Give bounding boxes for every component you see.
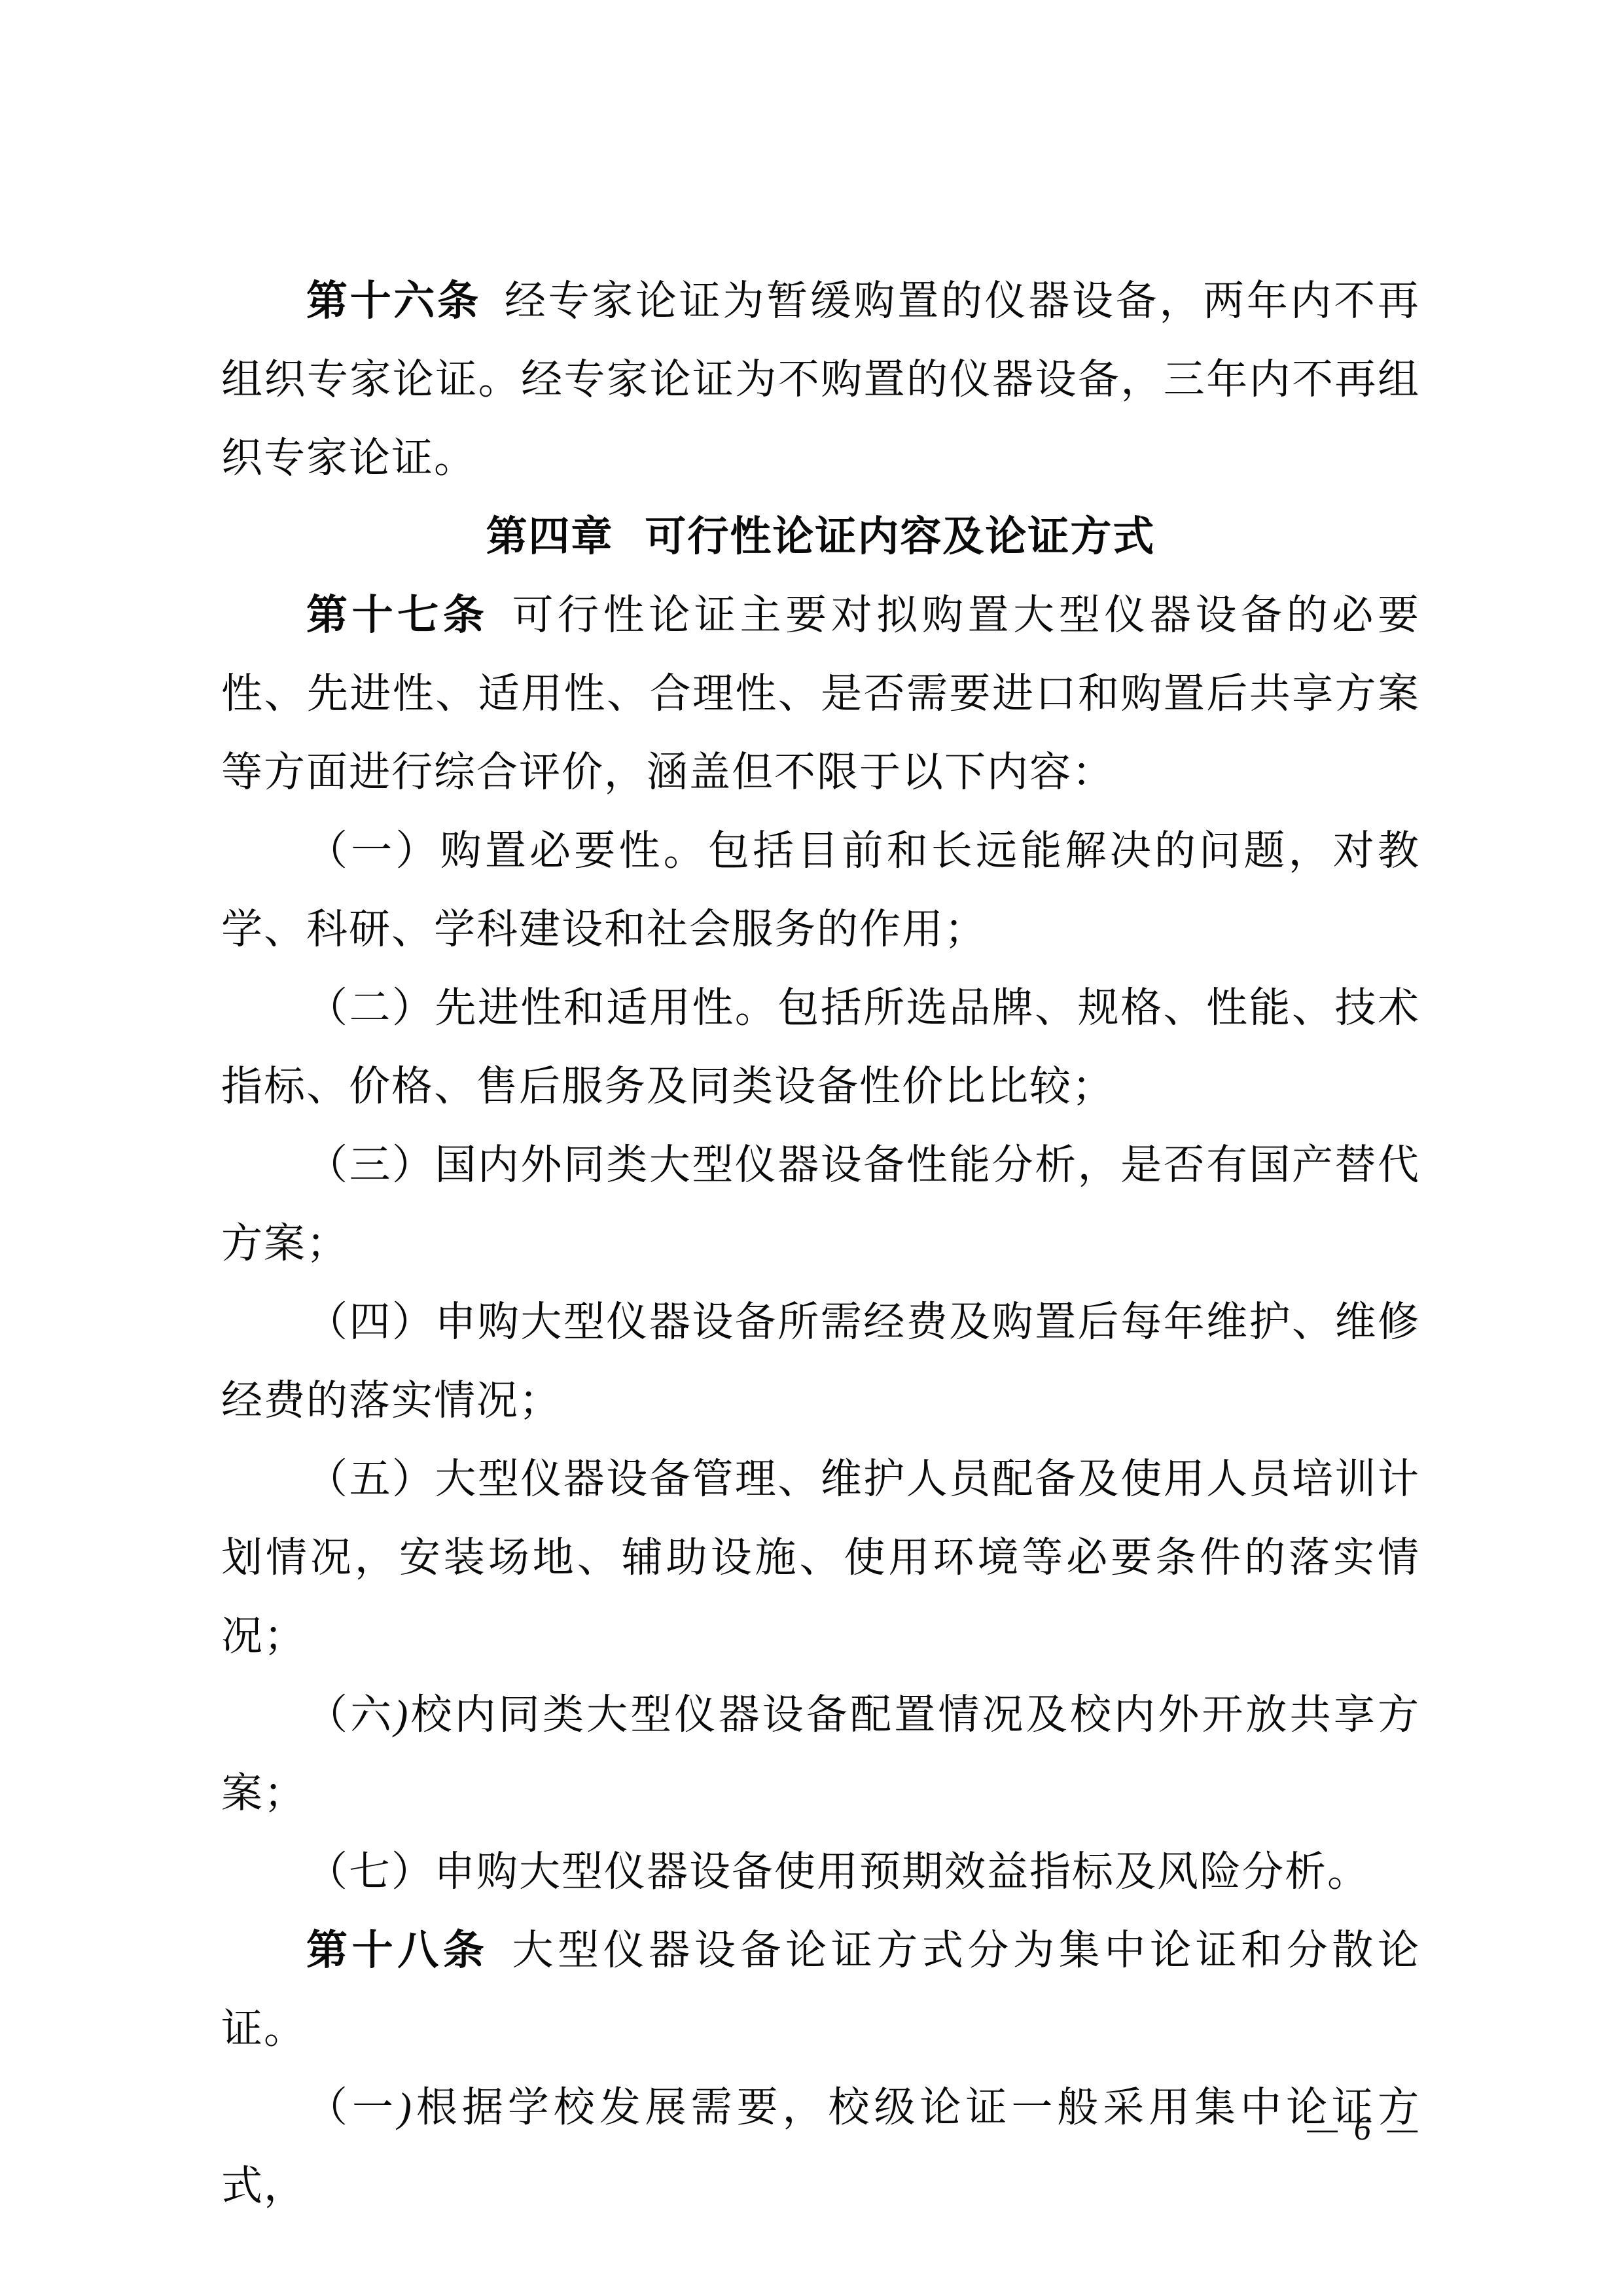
article-18-item-1: （一)根据学校发展需要，校级论证一般采用集中论证方式， [221,2068,1420,2225]
article-17-item-7: （七）申购大型仪器设备使用预期效益指标及风险分析。 [221,1833,1420,1911]
document-body: 第十六条经专家论证为暂缓购置的仪器设备，两年内不再组织专家论证。经专家论证为不购… [221,262,1420,2225]
article-17-item-4: （四）申购大型仪器设备所需经费及购置后每年维护、维修经费的落实情况； [221,1283,1420,1440]
article-16-paragraph: 第十六条经专家论证为暂缓购置的仪器设备，两年内不再组织专家论证。经专家论证为不购… [221,262,1420,497]
article-17-item-3: （三）国内外同类大型仪器设备性能分析，是否有国产替代方案； [221,1126,1420,1283]
article-number: 第十七条 [306,592,488,638]
article-number: 第十八条 [306,1928,488,1973]
article-18-paragraph: 第十八条大型仪器设备论证方式分为集中论证和分散论证。 [221,1911,1420,2068]
article-17-item-1: （一）购置必要性。包括目前和长远能解决的问题，对教学、科研、学科建设和社会服务的… [221,812,1420,969]
article-17-item-6: （六)校内同类大型仪器设备配置情况及校内外开放共享方案； [221,1676,1420,1833]
document-page: 第十六条经专家论证为暂缓购置的仪器设备，两年内不再组织专家论证。经专家论证为不购… [0,0,1623,2296]
article-17-item-5: （五）大型仪器设备管理、维护人员配备及使用人员培训计划情况，安装场地、辅助设施、… [221,1440,1420,1676]
chapter-4-heading: 第四章 可行性论证内容及论证方式 [221,497,1420,576]
article-17-paragraph: 第十七条可行性论证主要对拟购置大型仪器设备的必要性、先进性、适用性、合理性、是否… [221,576,1420,812]
article-number: 第十六条 [306,278,481,324]
article-17-item-2: （二）先进性和适用性。包括所选品牌、规格、性能、技术指标、价格、售后服务及同类设… [221,969,1420,1126]
page-number: — 6 — [1308,2109,1421,2149]
